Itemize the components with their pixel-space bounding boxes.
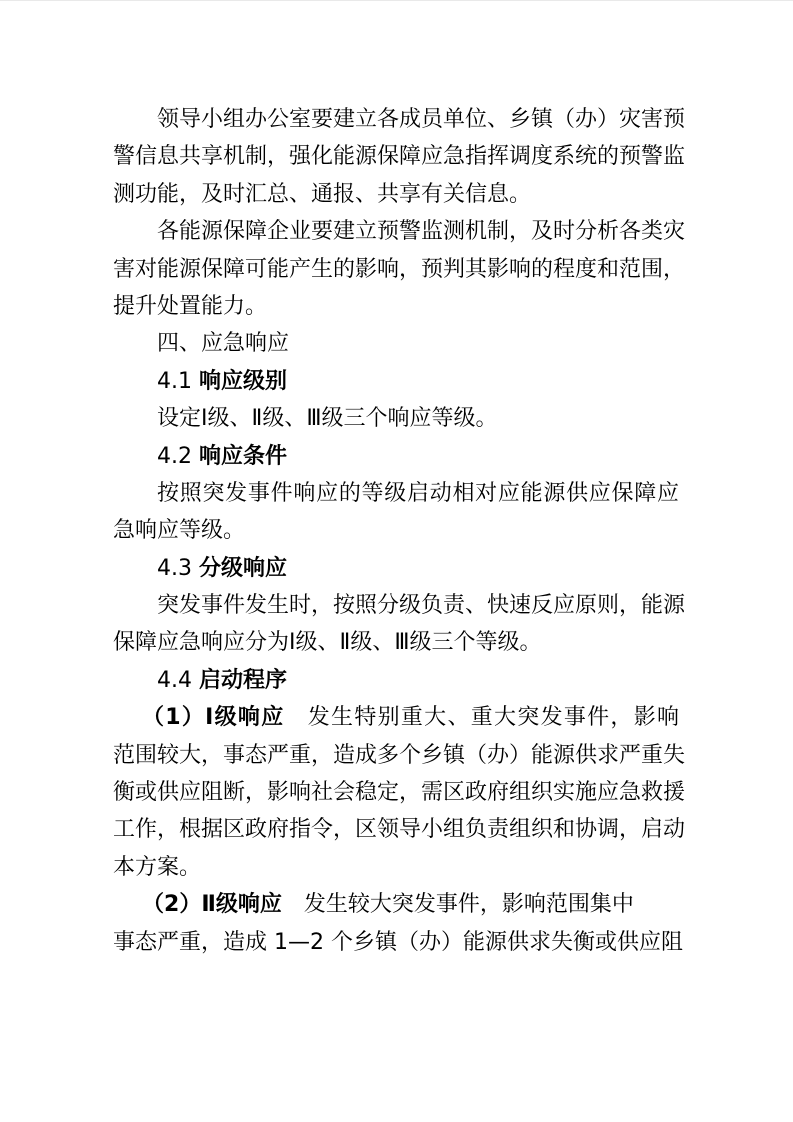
text-segment: 事态严重，造成 1—2 个乡镇（办）能源供求失衡或供应阻 <box>113 930 683 955</box>
document-line: 设定Ⅰ级、Ⅱ级、Ⅲ级三个响应等级。 <box>113 400 679 437</box>
document-line: 保障应急响应分为Ⅰ级、Ⅱ级、Ⅲ级三个等级。 <box>113 624 679 661</box>
document-text-block: 领导小组办公室要建立各成员单位、乡镇（办）灾害预警信息共享机制，强化能源保障应急… <box>113 101 679 961</box>
text-segment: 警信息共享机制，强化能源保障应急指挥调度系统的预警监 <box>113 144 685 169</box>
text-segment: 测功能，及时汇总、通报、共享有关信息。 <box>113 182 531 207</box>
document-line: 四、应急响应 <box>113 325 679 362</box>
document-line: 害对能源保障可能产生的影响，预判其影响的程度和范围， <box>113 251 679 288</box>
text-segment: 发生特别重大、重大突发事件，影响 <box>285 705 680 730</box>
document-line-heading-or-emphasis: （1）Ⅰ级响应 发生特别重大、重大突发事件，影响 <box>113 699 679 736</box>
text-segment: 急响应等级。 <box>113 518 245 543</box>
bold-text-segment: 分级响应 <box>199 556 287 581</box>
document-line: 工作，根据区政府指令，区领导小组负责组织和协调，启动 <box>113 811 679 848</box>
bold-text-segment: 启动程序 <box>199 668 287 693</box>
document-line: 本方案。 <box>113 849 679 886</box>
text-segment: 范围较大，事态严重，造成多个乡镇（办）能源供求严重失 <box>113 743 685 768</box>
text-segment: 本方案。 <box>113 855 201 880</box>
document-line: 测功能，及时汇总、通报、共享有关信息。 <box>113 176 679 213</box>
text-segment: 按照突发事件响应的等级启动相对应能源供应保障应 <box>157 481 679 506</box>
document-line: 按照突发事件响应的等级启动相对应能源供应保障应 <box>113 475 679 512</box>
document-line-heading-or-emphasis: （2）Ⅱ级响应 发生较大突发事件，影响范围集中 <box>113 886 679 923</box>
document-line-heading-or-emphasis: 4.4 启动程序 <box>113 662 679 699</box>
text-segment: 发生较大突发事件，影响范围集中 <box>282 892 634 917</box>
text-segment: 领导小组办公室要建立各成员单位、乡镇（办）灾害预 <box>157 107 685 132</box>
text-segment: 4.1 <box>157 369 199 394</box>
document-line: 事态严重，造成 1—2 个乡镇（办）能源供求失衡或供应阻 <box>113 924 679 961</box>
document-line: 提升处置能力。 <box>113 288 679 325</box>
bold-text-segment: （1）Ⅰ级响应 <box>142 705 284 730</box>
document-line: 衡或供应阻断，影响社会稳定，需区政府组织实施应急救援 <box>113 774 679 811</box>
text-segment: 害对能源保障可能产生的影响，预判其影响的程度和范围， <box>113 257 685 282</box>
document-line: 领导小组办公室要建立各成员单位、乡镇（办）灾害预 <box>113 101 679 138</box>
document-line-heading-or-emphasis: 4.3 分级响应 <box>113 550 679 587</box>
text-segment: 各能源保障企业要建立预警监测机制，及时分析各类灾 <box>157 219 685 244</box>
text-segment: 保障应急响应分为Ⅰ级、Ⅱ级、Ⅲ级三个等级。 <box>113 630 542 655</box>
text-segment: 4.3 <box>157 556 199 581</box>
document-page: 领导小组办公室要建立各成员单位、乡镇（办）灾害预警信息共享机制，强化能源保障应急… <box>0 0 793 1122</box>
document-line: 急响应等级。 <box>113 512 679 549</box>
bold-text-segment: （2）Ⅱ级响应 <box>142 892 282 917</box>
text-segment: 工作，根据区政府指令，区领导小组负责组织和协调，启动 <box>113 817 685 842</box>
bold-text-segment: 响应条件 <box>199 444 287 469</box>
document-line: 警信息共享机制，强化能源保障应急指挥调度系统的预警监 <box>113 138 679 175</box>
document-line: 各能源保障企业要建立预警监测机制，及时分析各类灾 <box>113 213 679 250</box>
document-line-heading-or-emphasis: 4.1 响应级别 <box>113 363 679 400</box>
text-segment: 4.4 <box>157 668 199 693</box>
document-line: 突发事件发生时，按照分级负责、快速反应原则，能源 <box>113 587 679 624</box>
document-line: 范围较大，事态严重，造成多个乡镇（办）能源供求严重失 <box>113 737 679 774</box>
document-line-heading-or-emphasis: 4.2 响应条件 <box>113 438 679 475</box>
text-segment: 提升处置能力。 <box>113 294 267 319</box>
bold-text-segment: 响应级别 <box>199 369 287 394</box>
text-segment: 4.2 <box>157 444 199 469</box>
text-segment: 衡或供应阻断，影响社会稳定，需区政府组织实施应急救援 <box>113 780 685 805</box>
text-segment: 突发事件发生时，按照分级负责、快速反应原则，能源 <box>157 593 685 618</box>
text-segment: 设定Ⅰ级、Ⅱ级、Ⅲ级三个响应等级。 <box>157 406 498 431</box>
text-segment: 四、应急响应 <box>157 331 289 356</box>
